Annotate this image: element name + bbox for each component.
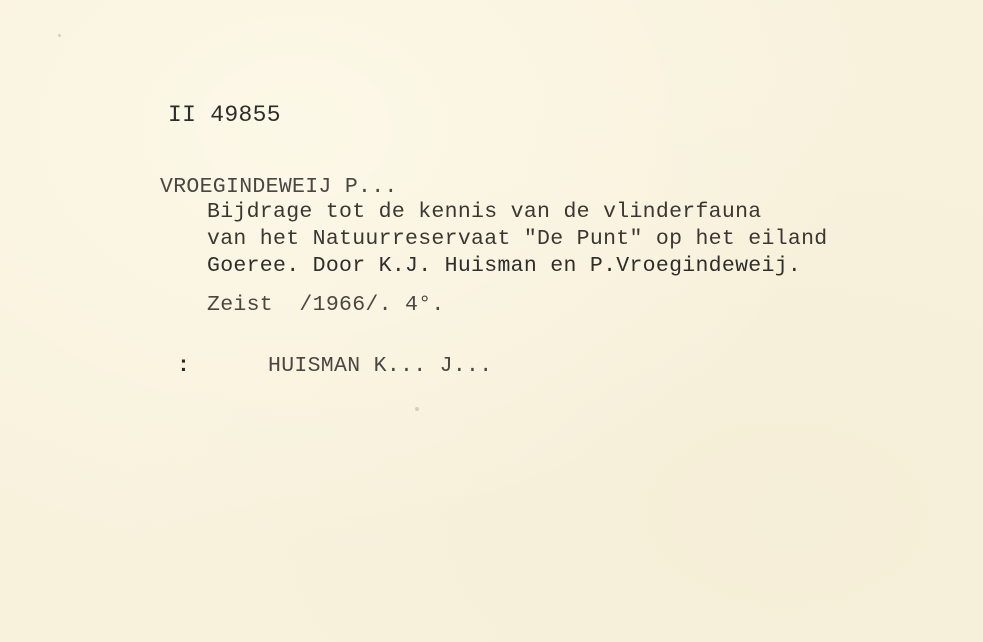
title-line: van het Natuurreservaat "De Punt" op het… (207, 229, 828, 251)
call-number: II 49855 (168, 104, 281, 127)
title-line: Bijdrage tot de kennis van de vlinderfau… (207, 202, 762, 224)
title-line: Goeree. Door K.J. Huisman en P.Vroeginde… (207, 256, 801, 278)
imprint: Zeist /1966/. 4°. (207, 295, 445, 317)
added-entry: HUISMAN K... J... (268, 356, 492, 378)
author-heading: VROEGINDEWEIJ P... (160, 177, 398, 199)
paper-speck (58, 34, 61, 37)
added-entry-marker: : (177, 356, 190, 378)
catalog-card: II 49855 VROEGINDEWEIJ P... Bijdrage tot… (0, 0, 983, 642)
paper-speck (415, 407, 419, 411)
